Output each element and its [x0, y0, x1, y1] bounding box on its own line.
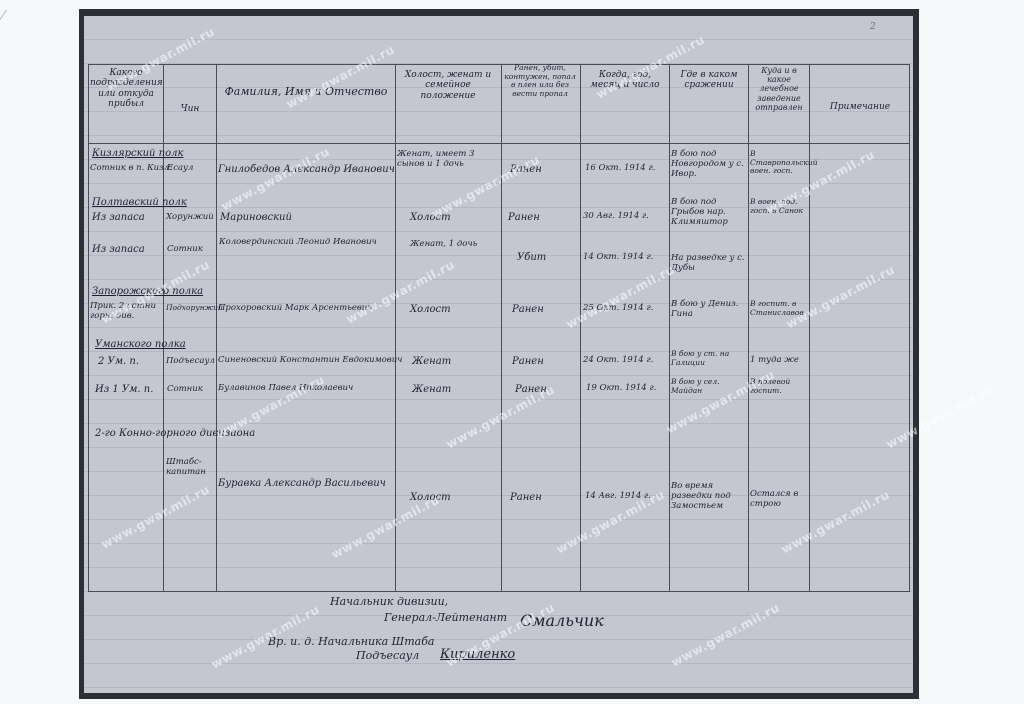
- row6-origin: Из 1 Ум. п.: [95, 384, 153, 396]
- row2-family: Холост: [410, 212, 451, 224]
- unit-heading: 2-го Конно-горного дивизиона: [95, 428, 255, 440]
- row2-sent-to: В воен. под. госп. в Санок: [750, 198, 808, 215]
- row2-date: 30 Авг. 1914 г.: [583, 212, 649, 222]
- row1-date: 16 Окт. 1914 г.: [585, 164, 655, 174]
- row4-place: В бою у Дениз. Гина: [671, 300, 747, 320]
- row1-family: Женат, имеет 3 сынов и 1 дочь: [397, 150, 499, 170]
- row5-status: Ранен: [512, 356, 544, 368]
- row3-origin: Из запаса: [92, 244, 145, 256]
- row4-family: Холост: [410, 304, 451, 316]
- row2-rank: Хорунжий: [166, 213, 214, 223]
- row5-place: В бою у ст. на Галиции: [671, 350, 747, 367]
- row5-family: Женат: [412, 356, 451, 368]
- signature-rank-commander: Генерал-Лейтенант: [384, 612, 507, 625]
- row4-sent-to: В госпит. в Станиславов: [750, 300, 808, 317]
- row2-origin: Из запаса: [92, 212, 145, 224]
- row4-origin: Прик. 2 сотни горн. див.: [90, 302, 164, 322]
- scan-fold-mark: [0, 10, 47, 65]
- signature-chief-of-staff: Кириленко: [440, 648, 515, 663]
- row3-family: Женат, 1 дочь: [410, 240, 490, 250]
- row2-name: Мариновский: [220, 212, 292, 224]
- row3-place: На разведке у с. Дубы: [671, 254, 747, 274]
- row1-origin: Сотник в п. Кизл.: [90, 164, 172, 174]
- row3-date: 14 Окт. 1914 г.: [583, 253, 653, 263]
- row1-place: В бою под Новгородом у с. Ивор.: [671, 150, 747, 179]
- row1-rank: Есаул: [167, 164, 193, 174]
- row6-rank: Сотник: [167, 385, 203, 395]
- row1-status: Ранен: [510, 164, 542, 176]
- header-sent-to: Куда и в какое лечебное заведение отправ…: [750, 66, 808, 112]
- row5-name: Синеновский Константин Евдокимович: [218, 356, 402, 366]
- row2-place: В бою под Грыбов нар. Климяштор: [671, 198, 747, 227]
- header-place: Где в каком сражении: [672, 70, 746, 91]
- row7-rank: Штабс-капитан: [166, 458, 214, 478]
- unit-heading: Уманского полка: [95, 339, 186, 351]
- header-family: Холост, женат и семейное положение: [398, 70, 498, 101]
- row2-status: Ранен: [508, 212, 540, 224]
- row6-place: В бою у сел. Майдан: [671, 378, 747, 395]
- row7-sent-to: Остался в строю: [750, 490, 808, 510]
- row5-origin: 2 Ум. п.: [98, 356, 139, 368]
- row4-name: Прохоровский Марк Арсентьевич: [218, 304, 373, 314]
- header-origin: Какого подразделения или откуда прибыл: [90, 68, 162, 109]
- row5-rank: Подъесаул: [166, 357, 215, 367]
- unit-heading: Полтавский полк: [92, 197, 187, 209]
- header-date: Когда, год, месяц и число: [583, 70, 667, 91]
- row3-rank: Сотник: [167, 245, 203, 255]
- row5-date: 24 Окт. 1914 г.: [583, 356, 653, 366]
- header-status: Ранен, убит, контужен, попал в плен или …: [503, 64, 577, 99]
- row7-name: Буравка Александр Васильевич: [218, 478, 394, 490]
- signature-title-chief-of-staff: Вр. и. д. Начальника Штаба: [268, 636, 434, 649]
- unit-heading: Кизлярский полк: [92, 148, 183, 160]
- row3-status: Убит: [517, 252, 546, 264]
- row4-rank: Подхорунжий: [166, 304, 223, 313]
- unit-heading: Запорожского полка: [92, 286, 203, 298]
- row7-family: Холост: [410, 492, 451, 504]
- row5-sent-to: 1 туда же: [750, 356, 799, 366]
- row6-date: 19 Окт. 1914 г.: [586, 384, 656, 394]
- header-divider: [88, 143, 910, 144]
- casualty-table: [88, 64, 910, 592]
- header-notes: Примечание: [812, 102, 908, 112]
- signature-rank-chief-of-staff: Подъесаул: [356, 650, 419, 663]
- signature-commander: Смальчик: [520, 612, 604, 630]
- row6-status: Ранен: [515, 384, 547, 396]
- row1-sent-to: В Ставропольский воен. госп.: [750, 150, 808, 176]
- row6-family: Женат: [412, 384, 451, 396]
- row4-date: 25 Окт. 1914 г.: [583, 304, 653, 314]
- row6-name: Булавинов Павел Николаевич: [218, 384, 353, 394]
- row7-date: 14 Авг. 1914 г.: [585, 492, 651, 502]
- row4-status: Ранен: [512, 304, 544, 316]
- signature-title-commander: Начальник дивизии,: [330, 596, 448, 609]
- row7-place: Во время разведки под Замостьем: [671, 482, 747, 511]
- row6-sent-to: В полевой госпит.: [750, 378, 808, 395]
- page-number: 2: [870, 22, 876, 32]
- header-name: Фамилия, Имя и Отчество: [220, 86, 392, 99]
- header-rank: Чин: [166, 104, 214, 114]
- row1-name: Гнилобедов Александр Иванович: [218, 164, 395, 176]
- row7-status: Ранен: [510, 492, 542, 504]
- row3-name: Коловердинский Леонид Иванович: [219, 238, 395, 248]
